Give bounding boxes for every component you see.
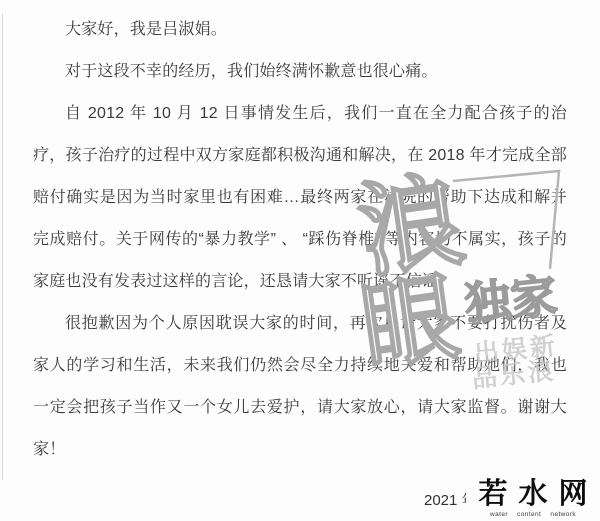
statement-page: 大家好，我是吕淑娟。 对于这段不幸的经历，我们始终满怀歉意也很心痛。 自 201…	[0, 0, 600, 521]
paragraph-apology: 对于这段不幸的经历，我们始终满怀歉意也很心痛。	[33, 51, 567, 93]
paragraph-greeting: 大家好，我是吕淑娟。	[33, 9, 567, 51]
page-edge-line	[2, 14, 3, 480]
logo-wordmark: 若水网	[466, 478, 600, 511]
logo-tagline: water content network	[466, 511, 600, 519]
paragraph-closing: 很抱歉因为个人原因耽误大家的时间，再次恳请大家不要打扰伤者及家人的学习和生活，未…	[33, 303, 567, 471]
statement-body: 大家好，我是吕淑娟。 对于这段不幸的经历，我们始终满怀歉意也很心痛。 自 201…	[33, 9, 567, 471]
paragraph-explanation: 自 2012 年 10 月 12 日事情发生后，我们一直在全力配合孩子的治疗，孩…	[33, 93, 567, 303]
site-logo: 若水网 water content network	[466, 478, 600, 521]
